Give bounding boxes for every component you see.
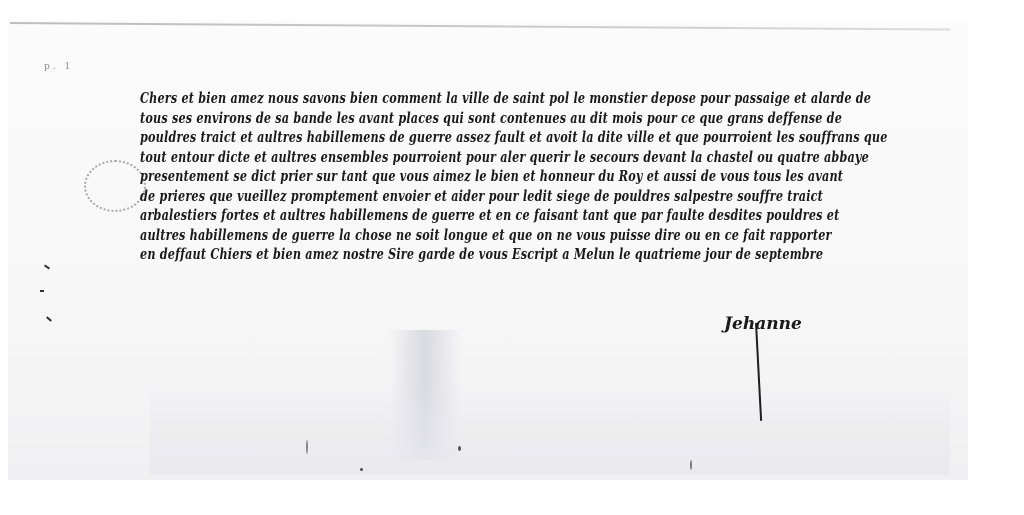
ink-speck bbox=[360, 468, 363, 471]
ink-speck bbox=[458, 446, 461, 451]
signature: Jehanne bbox=[724, 314, 802, 334]
folio-mark: p. 1 bbox=[44, 62, 73, 72]
letter-line-9: en deffaut Chiers et bien amez nostre Si… bbox=[140, 244, 985, 270]
archive-stamp-icon bbox=[84, 160, 146, 212]
letter-body: Chers et bien amez nous savons bien comm… bbox=[140, 88, 985, 264]
ink-speck bbox=[306, 440, 308, 454]
ink-speck bbox=[690, 460, 692, 470]
margin-mark bbox=[40, 290, 44, 292]
paper-bottom-shading bbox=[150, 380, 950, 475]
